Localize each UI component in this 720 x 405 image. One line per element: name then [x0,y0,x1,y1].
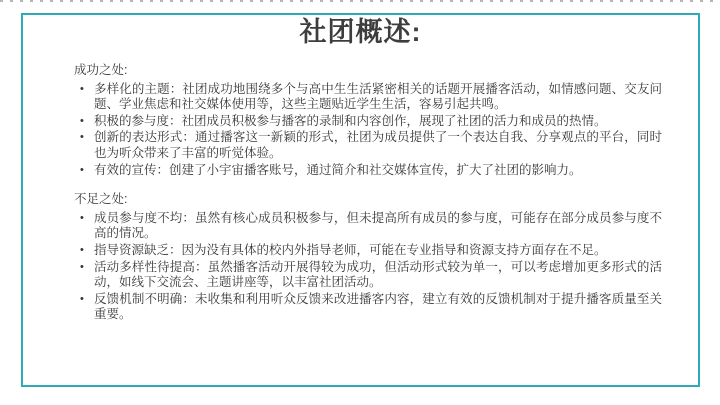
list-item: • 创新的表达形式：通过播客这一新颖的形式，社团为成员提供了一个表达自我、分享观… [74,130,662,161]
bullet-text: 反馈机制不明确：未收集和利用听众反馈来改进播客内容，建立有效的反馈机制对于提升播… [94,292,662,323]
list-item: • 多样化的主题：社团成功地围绕多个与高中生生活紧密相关的话题开展播客活动，如情… [74,82,662,113]
slide-title: 社团概述: [23,15,698,47]
bullet-text: 指导资源缺乏：因为没有具体的校内外指导老师，可能在专业指导和资源支持方面存在不足… [94,243,662,259]
list-item: • 指导资源缺乏：因为没有具体的校内外指导老师，可能在专业指导和资源支持方面存在… [74,243,662,259]
bullet-marker: • [80,163,94,179]
top-edge-cutoff-artifact [0,0,720,2]
bullet-text: 多样化的主题：社团成功地围绕多个与高中生生活紧密相关的话题开展播客活动，如情感问… [94,82,662,113]
bullet-text: 创新的表达形式：通过播客这一新颖的形式，社团为成员提供了一个表达自我、分享观点的… [94,130,662,161]
section-shortcomings: 不足之处: • 成员参与度不均：虽然有核心成员积极参与，但未提高所有成员的参与度… [74,192,662,323]
slide-body: 成功之处: • 多样化的主题：社团成功地围绕多个与高中生生活紧密相关的话题开展播… [74,63,662,324]
bullet-text: 积极的参与度：社团成员积极参与播客的录制和内容创作，展现了社团的活力和成员的热情… [94,114,662,130]
bullet-marker: • [80,260,94,276]
bullet-marker: • [80,114,94,130]
shortcomings-bullet-list: • 成员参与度不均：虽然有核心成员积极参与，但未提高所有成员的参与度，可能存在部… [74,211,662,323]
list-item: • 积极的参与度：社团成员积极参与播客的录制和内容创作，展现了社团的活力和成员的… [74,114,662,130]
bullet-text: 有效的宣传：创建了小宇宙播客账号，通过简介和社交媒体宣传，扩大了社团的影响力。 [94,163,662,179]
bullet-marker: • [80,211,94,227]
section-shortcomings-heading: 不足之处: [74,192,662,208]
bullet-marker: • [80,130,94,146]
bullet-marker: • [80,243,94,259]
slide-border-frame: 社团概述: 成功之处: • 多样化的主题：社团成功地围绕多个与高中生生活紧密相关… [21,13,700,387]
bullet-text: 活动多样性待提高：虽然播客活动开展得较为成功，但活动形式较为单一，可以考虑增加更… [94,260,662,291]
section-successes-heading: 成功之处: [74,63,662,79]
bullet-text: 成员参与度不均：虽然有核心成员积极参与，但未提高所有成员的参与度，可能存在部分成… [94,211,662,242]
successes-bullet-list: • 多样化的主题：社团成功地围绕多个与高中生生活紧密相关的话题开展播客活动，如情… [74,82,662,179]
bullet-marker: • [80,82,94,98]
list-item: • 有效的宣传：创建了小宇宙播客账号，通过简介和社交媒体宣传，扩大了社团的影响力… [74,163,662,179]
list-item: • 反馈机制不明确：未收集和利用听众反馈来改进播客内容，建立有效的反馈机制对于提… [74,292,662,323]
bullet-marker: • [80,292,94,308]
presentation-slide: 社团概述: 成功之处: • 多样化的主题：社团成功地围绕多个与高中生生活紧密相关… [0,0,720,405]
list-item: • 活动多样性待提高：虽然播客活动开展得较为成功，但活动形式较为单一，可以考虑增… [74,260,662,291]
section-successes: 成功之处: • 多样化的主题：社团成功地围绕多个与高中生生活紧密相关的话题开展播… [74,63,662,178]
list-item: • 成员参与度不均：虽然有核心成员积极参与，但未提高所有成员的参与度，可能存在部… [74,211,662,242]
